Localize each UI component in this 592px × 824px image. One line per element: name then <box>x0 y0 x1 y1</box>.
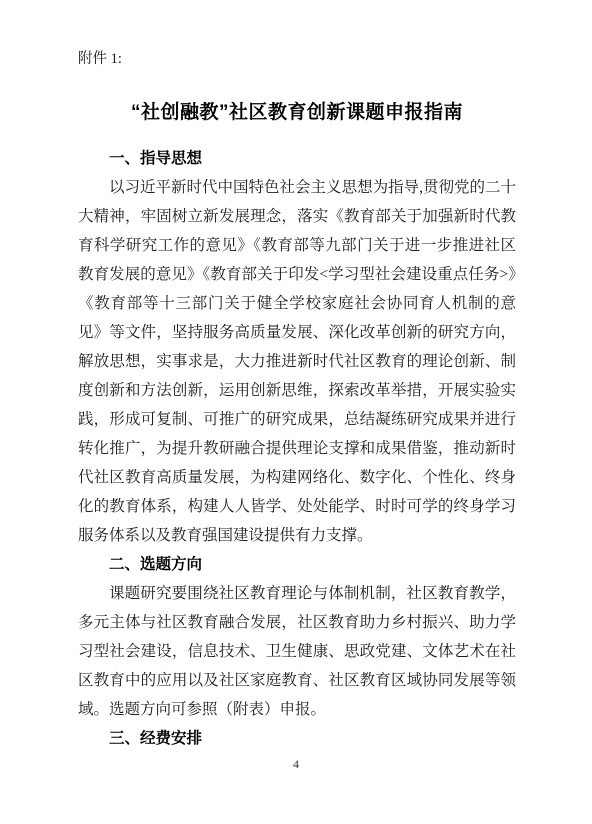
paragraph-guiding-ideology: 以习近平新时代中国特色社会主义思想为指导,贯彻党的二十大精神，牢固树立新发展理念… <box>78 173 516 550</box>
section-heading-guiding-ideology: 一、指导思想 <box>78 144 516 173</box>
page-content: 附件 1: “社创融教”社区教育创新课题申报指南 一、指导思想 以习近平新时代中… <box>0 0 592 753</box>
document-title: “社创融教”社区教育创新课题申报指南 <box>78 100 516 126</box>
section-heading-funding-arrangement: 三、经费安排 <box>78 724 516 753</box>
attachment-label: 附件 1: <box>78 48 516 70</box>
document-page: 附件 1: “社创融教”社区教育创新课题申报指南 一、指导思想 以习近平新时代中… <box>0 0 592 824</box>
page-number: 4 <box>0 757 592 772</box>
section-heading-topic-direction: 二、选题方向 <box>78 550 516 579</box>
paragraph-topic-direction: 课题研究要围绕社区教育理论与体制机制，社区教育教学，多元主体与社区教育融合发展，… <box>78 579 516 724</box>
